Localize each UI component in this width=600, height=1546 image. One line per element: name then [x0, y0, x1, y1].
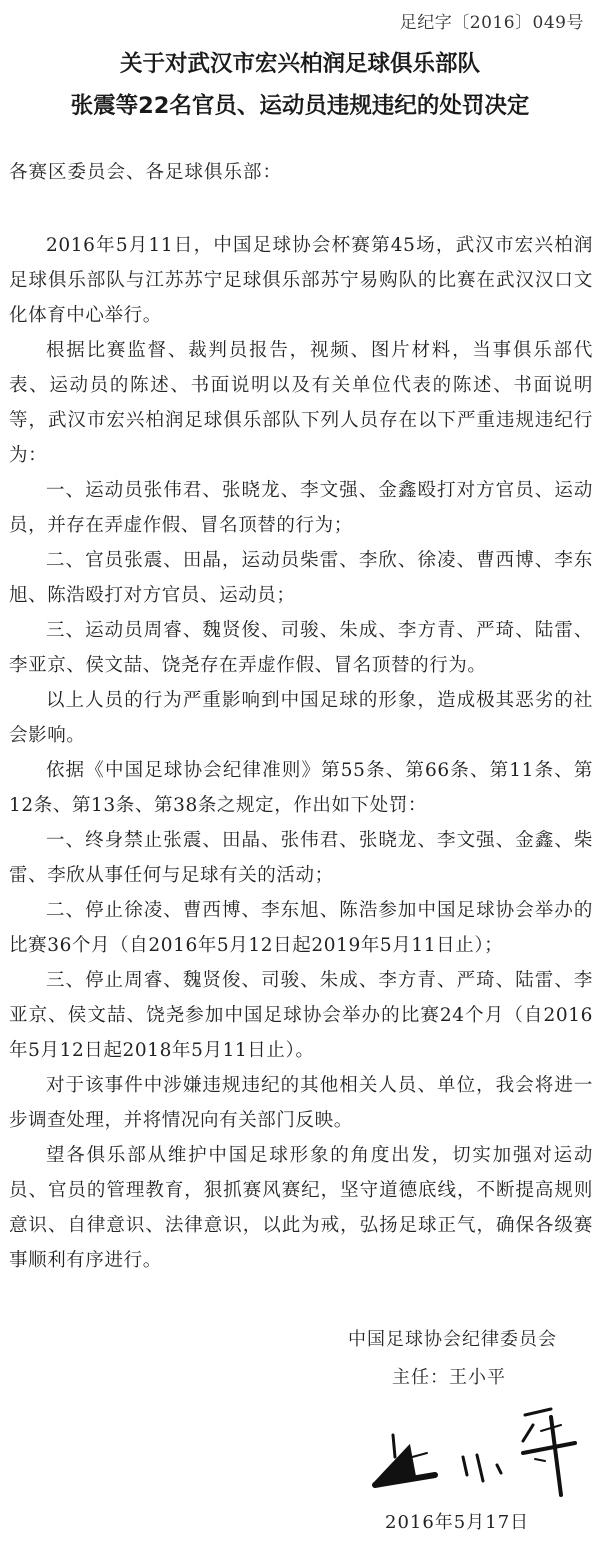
- handwritten-signature-icon: [365, 1395, 595, 1505]
- paragraph-evidence: 根据比赛监督、裁判员报告，视频、图片材料，当事俱乐部代表、运动员的陈述、书面说明…: [9, 333, 593, 473]
- paragraph-violation-1: 一、运动员张伟君、张晓龙、李文强、金鑫殴打对方官员、运动员，并存在弄虚作假、冒名…: [9, 473, 593, 543]
- document-page: 足纪字〔2016〕049号 关于对武汉市宏兴柏润足球俱乐部队 张震等22名官员、…: [0, 0, 600, 1546]
- document-number: 足纪字〔2016〕049号: [400, 8, 584, 33]
- paragraph-match-info: 2016年5月11日，中国足球协会杯赛第45场，武汉市宏兴柏润足球俱乐部队与江苏…: [9, 228, 593, 333]
- paragraph-penalty-2: 二、停止徐凌、曹西博、李东旭、陈浩参加中国足球协会举办的比赛36个月（自2016…: [9, 893, 593, 963]
- document-date: 2016年5月17日: [385, 1508, 529, 1534]
- paragraph-exhortation: 望各俱乐部从维护中国足球形象的角度出发，切实加强对运动员、官员的管理教育，狠抓赛…: [9, 1138, 593, 1278]
- paragraph-further-investigation: 对于该事件中涉嫌违规违纪的其他相关人员、单位，我会将进一步调查处理，并将情况向有…: [9, 1068, 593, 1138]
- signing-organization: 中国足球协会纪律委员会: [348, 1325, 557, 1351]
- paragraph-impact: 以上人员的行为严重影响到中国足球的形象，造成极其恶劣的社会影响。: [9, 683, 593, 753]
- paragraph-violation-2: 二、官员张震、田晶，运动员柴雷、李欣、徐凌、曹西博、李东旭、陈浩殴打对方官员、运…: [9, 543, 593, 613]
- director-name: 主任：王小平: [392, 1363, 506, 1389]
- paragraph-penalty-3: 三、停止周睿、魏贤俊、司骏、朱成、李方青、严琦、陆雷、李亚京、侯文喆、饶尧参加中…: [9, 963, 593, 1068]
- document-body: 2016年5月11日，中国足球协会杯赛第45场，武汉市宏兴柏润足球俱乐部队与江苏…: [9, 228, 593, 1278]
- paragraph-violation-3: 三、运动员周睿、魏贤俊、司骏、朱成、李方青、严琦、陆雷、李亚京、侯文喆、饶尧存在…: [9, 613, 593, 683]
- document-title-line-2: 张震等22名官员、运动员违规违纪的处罚决定: [0, 88, 600, 120]
- document-title-line-1: 关于对武汉市宏兴柏润足球俱乐部队: [0, 46, 600, 78]
- addressee: 各赛区委员会、各足球俱乐部：: [9, 158, 282, 184]
- paragraph-legal-basis: 依据《中国足球协会纪律准则》第55条、第66条、第11条、第12条、第13条、第…: [9, 753, 593, 823]
- paragraph-penalty-1: 一、终身禁止张震、田晶、张伟君、张晓龙、李文强、金鑫、柴雷、李欣从事任何与足球有…: [9, 823, 593, 893]
